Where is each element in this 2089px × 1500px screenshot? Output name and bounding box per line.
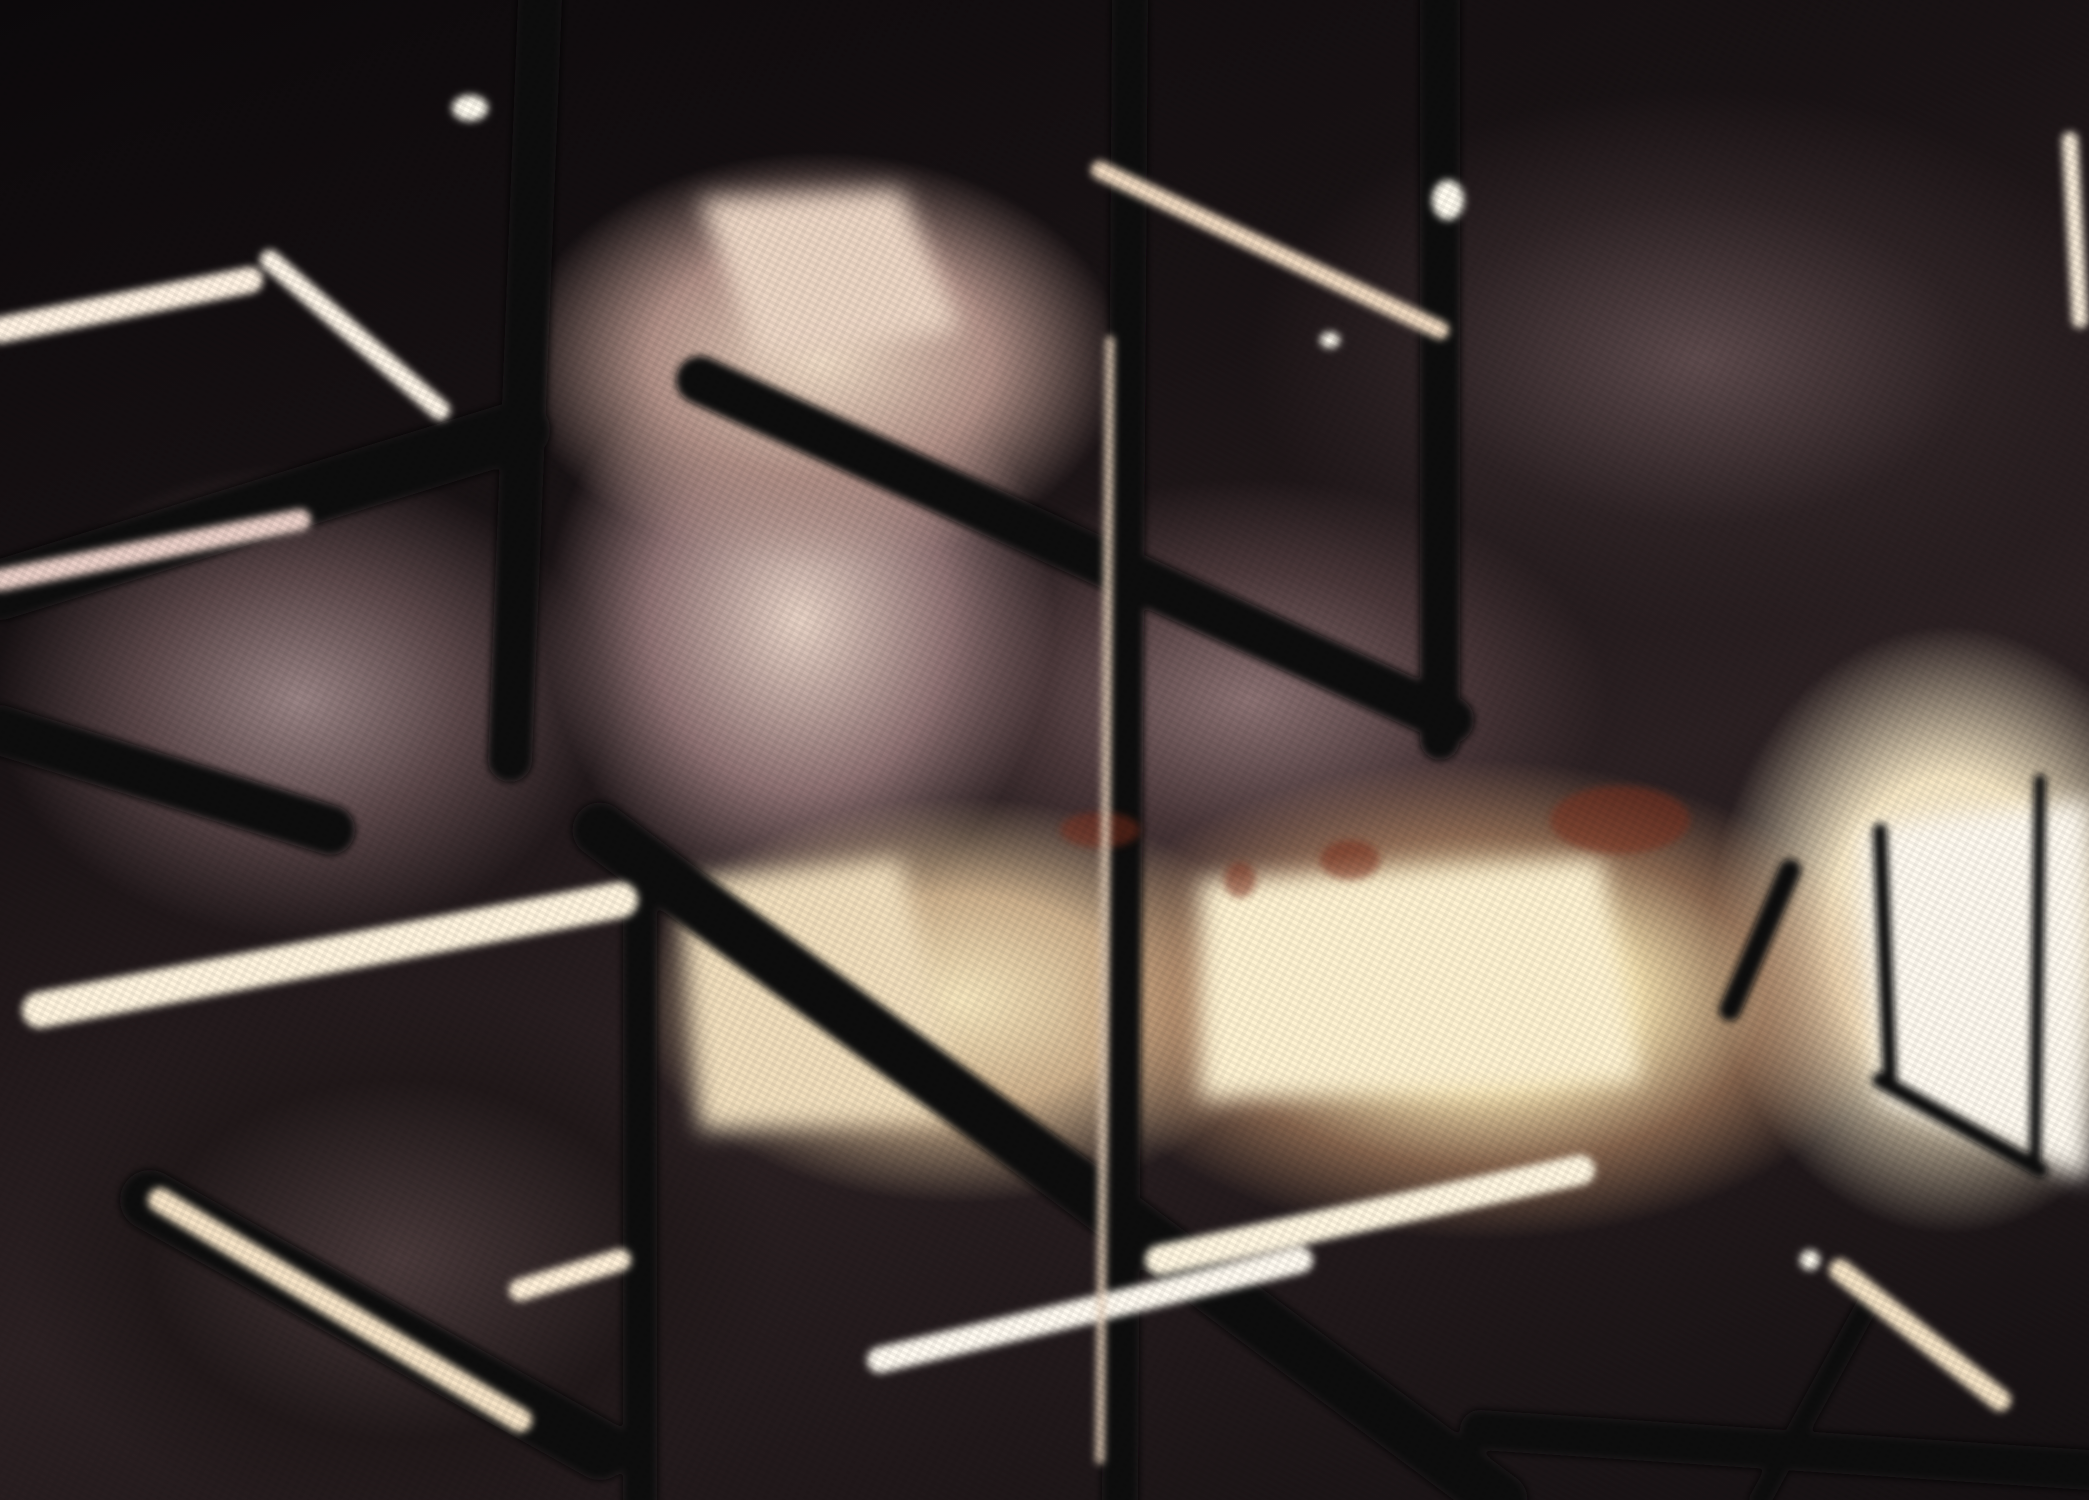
dark-bar: [1120, 0, 1130, 1500]
dark-bar: [510, 0, 540, 760]
light-beam: [160, 1200, 520, 1420]
dark-bar: [1730, 870, 1790, 1010]
bright-panel: [1200, 860, 1640, 1100]
bright-panel: [700, 190, 960, 360]
dark-bar: [2035, 780, 2040, 1170]
dark-bars: [0, 0, 2089, 1500]
dark-bar: [700, 380, 1450, 720]
light-beam: [1160, 1170, 1580, 1260]
abstract-beams-image: [0, 0, 2089, 1500]
light-spot: [1800, 1250, 1820, 1270]
dark-bar: [1880, 830, 1890, 1080]
light-beam: [520, 1260, 620, 1290]
dark-bar: [0, 730, 330, 830]
light-beam: [1840, 1270, 2000, 1400]
light-beam: [0, 280, 250, 330]
bright-panel: [1860, 800, 2089, 1180]
light-beam: [40, 900, 620, 1010]
light-beam: [1100, 170, 1440, 330]
light-beam: [2070, 140, 2080, 320]
light-beam: [270, 260, 440, 410]
light-spot: [1432, 180, 1464, 220]
beam-layer: [0, 0, 2089, 1500]
light-spot: [452, 95, 488, 121]
light-spot: [1320, 332, 1340, 348]
